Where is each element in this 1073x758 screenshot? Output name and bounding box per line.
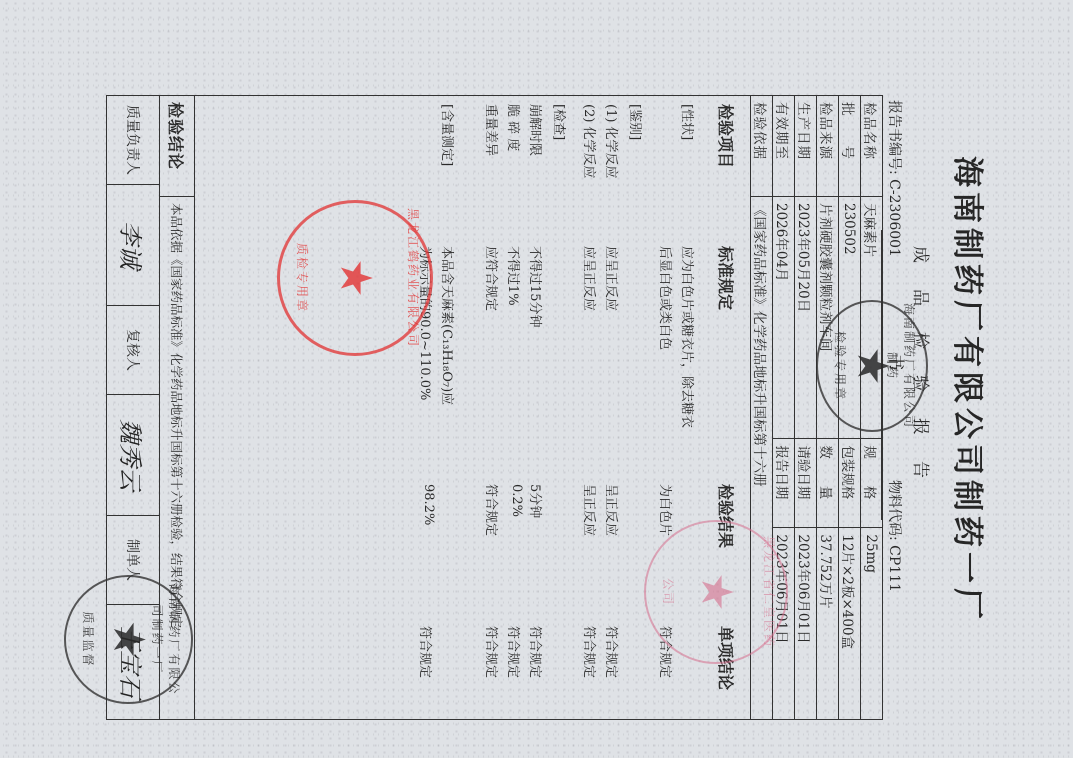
field-label: 检品名称	[861, 96, 883, 197]
item-standard: 应符合规定	[483, 246, 502, 311]
item-result: 呈正反应	[581, 484, 600, 536]
field-label: 有效期至	[773, 96, 795, 197]
field-value: 25mg	[861, 528, 883, 720]
report-number: 报告书编号: C-2306001	[885, 100, 905, 257]
field-value: 12片×2板×400盒	[839, 528, 861, 720]
item-item: (2) 化学反应	[581, 104, 600, 179]
field-label: 批 号	[839, 96, 861, 197]
item-item: [性状]	[679, 104, 698, 140]
field-label: 数 量	[817, 439, 839, 528]
field-value: 37.752万片	[817, 528, 839, 720]
item-standard: 不得过1%	[505, 246, 524, 306]
item-item: 脆 碎 度	[505, 104, 524, 151]
factory-qc-stamp: 海南制药厂有限公司制药 ★ 检验专用章	[816, 300, 928, 432]
item-item: [鉴别]	[627, 104, 646, 140]
field-label: 包装规格	[839, 439, 861, 528]
field-value: 2023年06月01日	[795, 528, 817, 720]
item-item: (1) 化学反应	[603, 104, 622, 179]
reviewer-label: 复核人	[107, 306, 159, 395]
item-item: [检查]	[551, 104, 570, 140]
field-value: 2023年05月20日	[795, 197, 817, 439]
item-conclusion: 符合规定	[483, 626, 502, 678]
material-code: 物料代码: CP111	[885, 480, 905, 592]
pink-company-stamp: 黑龙江省仁皇医药 ★ 公司	[644, 520, 788, 664]
inspection-report-page: 海南制药厂有限公司制药一厂 成品检验报告书 报告书编号: C-2306001 物…	[0, 0, 1073, 758]
quality-head-label: 质量负责人	[107, 96, 159, 185]
company-name: 海南制药厂有限公司制药一厂	[948, 70, 993, 710]
item-item: 崩解时限	[527, 104, 546, 156]
item-standard: 应呈正反应	[603, 246, 622, 311]
item-standard: 应为白色片或糖衣片，除去糖衣	[679, 246, 698, 428]
item-result: 0.2%	[509, 484, 524, 517]
field-label: 规 格	[861, 439, 883, 528]
reviewer-signature: 魏秀云	[107, 395, 159, 516]
item-item: [含量测定]	[439, 104, 458, 166]
star-icon: ★	[694, 572, 738, 611]
item-result: 98.2%	[421, 484, 436, 525]
field-label: 检品来源	[817, 96, 839, 197]
item-result: 呈正反应	[603, 484, 622, 536]
item-standard: 后显白色或类白色	[657, 246, 676, 350]
star-icon: ★	[107, 620, 151, 659]
qa-supervision-stamp: 海南制药厂有限公司制药一厂 ★ 质量监督	[64, 575, 193, 704]
conclusion-label: 检验结论	[160, 96, 195, 197]
item-conclusion: 符合规定	[581, 626, 600, 678]
item-result: 符合规定	[483, 484, 502, 536]
item-conclusion: 符合规定	[527, 626, 546, 678]
item-item: 重量差异	[483, 104, 502, 156]
star-icon: ★	[333, 258, 377, 297]
field-label: 检验依据	[751, 96, 773, 197]
field-label: 生产日期	[795, 96, 817, 197]
item-standard: 本品含天麻素(C₁₃H₁₈O₇)应	[439, 246, 458, 405]
item-conclusion: 符合规定	[603, 626, 622, 678]
field-label: 请验日期	[795, 439, 817, 528]
header-row: 生产日期2023年05月20日请验日期2023年06月01日	[795, 96, 817, 720]
field-value: 2026年04月	[773, 197, 795, 439]
item-conclusion: 符合规定	[505, 626, 524, 678]
quality-head-signature: 李诚	[107, 185, 159, 306]
column-header: 检验项目	[715, 104, 738, 168]
item-result: 5分钟	[527, 484, 546, 518]
item-standard: 应呈正反应	[581, 246, 600, 311]
item-standard: 不得过15分钟	[527, 246, 546, 328]
item-conclusion: 符合规定	[417, 626, 436, 678]
column-header: 标准规定	[715, 246, 738, 310]
red-qc-stamp: 黑龙江鹤药业有限公司 ★ 质检专用章	[277, 200, 433, 356]
field-label: 报告日期	[773, 439, 795, 528]
